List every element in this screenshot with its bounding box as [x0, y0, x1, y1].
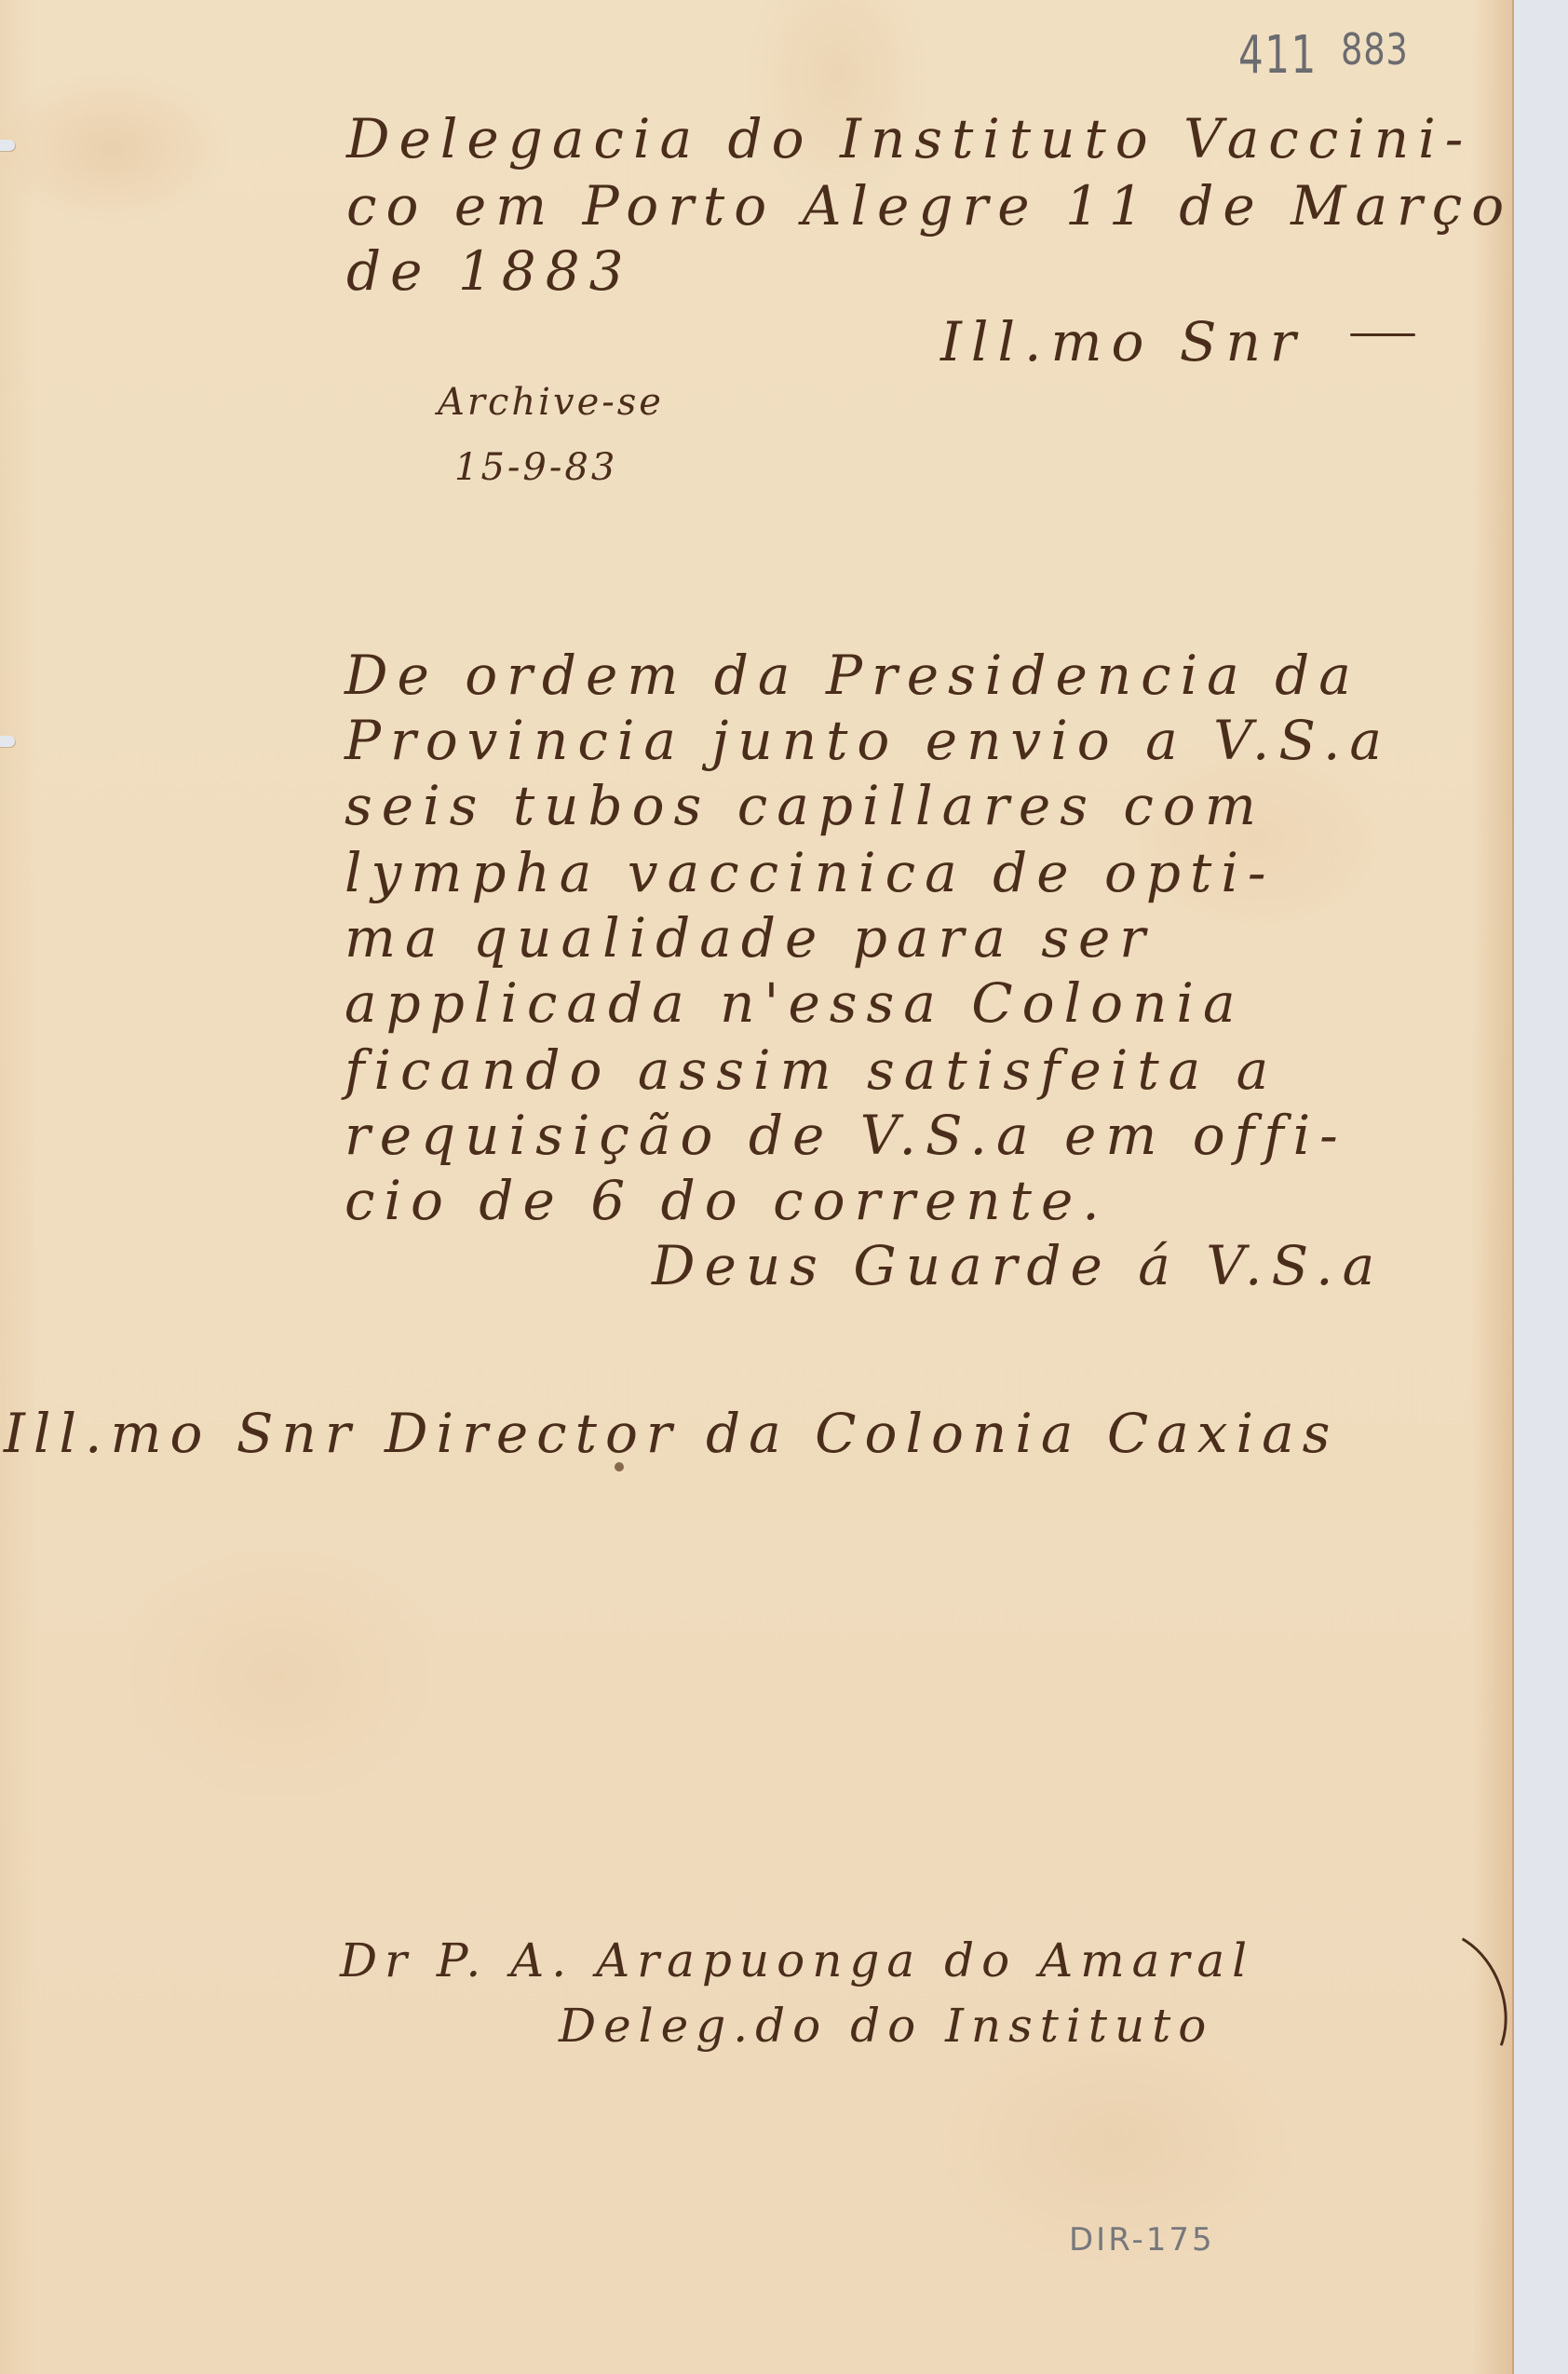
heading-line-3: de 1883 — [346, 244, 633, 298]
binding-hole — [0, 736, 15, 747]
salutation: Ill.mo Snr — [940, 315, 1305, 369]
body-line: ma qualidade para ser — [345, 911, 1155, 965]
body-line: applicada n'essa Colonia — [345, 976, 1245, 1030]
paper-sheet: 411 883 Delegacia do Instituto Vaccini- … — [0, 0, 1514, 2374]
archive-date: 15-9-83 — [454, 449, 617, 486]
signature-title: Deleg.do do Instituto — [559, 2002, 1213, 2049]
archive-annotation: Archive-se — [438, 384, 664, 421]
addressee: Ill.mo Snr Director da Colonia Caxias — [4, 1406, 1338, 1460]
body-line: lympha vaccinica de opti- — [345, 846, 1275, 900]
folio-number: 411 — [1238, 30, 1318, 82]
signature-name: Dr P. A. Arapuonga do Amaral — [340, 1937, 1254, 1984]
closing-formula: Deus Guarde á V.S.a — [652, 1239, 1384, 1293]
heading-line-2: co em Porto Alegre 11 de Março — [346, 179, 1513, 233]
ink-blot — [615, 1462, 624, 1472]
body-line: cio de 6 do corrente. — [345, 1173, 1109, 1228]
body-line: ficando assim satisfeita a — [345, 1043, 1277, 1097]
body-line: Provincia junto envio a V.S.a — [345, 713, 1391, 767]
scanned-page: 411 883 Delegacia do Instituto Vaccini- … — [0, 0, 1568, 2374]
body-line: De ordem da Presidencia da — [345, 648, 1360, 702]
body-line: seis tubos capillares com — [345, 779, 1265, 833]
heading-line-1: Delegacia do Instituto Vaccini- — [346, 112, 1472, 166]
folio-number-2: 883 — [1341, 28, 1409, 71]
binding-hole — [0, 140, 15, 151]
salutation-flourish — [1350, 333, 1415, 336]
catalog-reference: DIR-175 — [1069, 2224, 1215, 2256]
body-line: requisição de V.S.a em offi- — [345, 1108, 1347, 1162]
